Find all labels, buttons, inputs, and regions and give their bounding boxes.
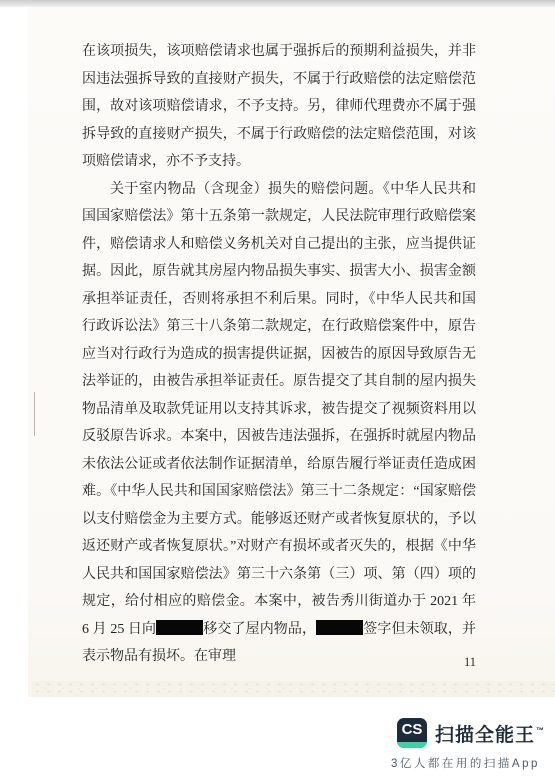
redaction-box <box>156 620 203 635</box>
paper: 在该项损失，该项赔偿请求也属于强拆后的预期利益损失，并非因违法强拆导致的直接财产… <box>28 7 555 697</box>
paragraph: 关于室内物品（含现金）损失的赔偿问题。《中华人民共和国国家赔偿法》第十五条第一款… <box>82 176 476 671</box>
trademark-symbol: ™ <box>536 726 545 735</box>
redaction-box <box>316 620 363 635</box>
paragraph: 在该项损失，该项赔偿请求也属于强拆后的预期利益损失，并非因违法强拆导致的直接财产… <box>82 38 476 176</box>
scan-top-edge <box>0 0 555 7</box>
document-text: 在该项损失，该项赔偿请求也属于强拆后的预期利益损失，并非因违法强拆导致的直接财产… <box>82 38 476 671</box>
watermark-tagline: 3亿人都在用的扫描App <box>391 755 551 771</box>
watermark-app-name-text: 扫描全能王 <box>435 725 535 746</box>
camscanner-logo-icon: CS <box>397 718 427 748</box>
watermark-app-name: 扫描全能王™ <box>435 720 545 747</box>
scanned-page-view: 在该项损失，该项赔偿请求也属于强拆后的预期利益损失，并非因违法强拆导致的直接财产… <box>0 0 555 783</box>
page-number: 11 <box>464 655 476 670</box>
camscanner-logo-teal-strip <box>397 742 427 748</box>
watermark-row: CS 扫描全能王™ <box>397 718 551 748</box>
camscanner-logo-text: CS <box>397 718 427 742</box>
scan-bottom-edge <box>32 681 555 697</box>
scan-artifact-line <box>34 392 35 436</box>
camscanner-watermark: CS 扫描全能王™ 3亿人都在用的扫描App <box>391 718 551 771</box>
